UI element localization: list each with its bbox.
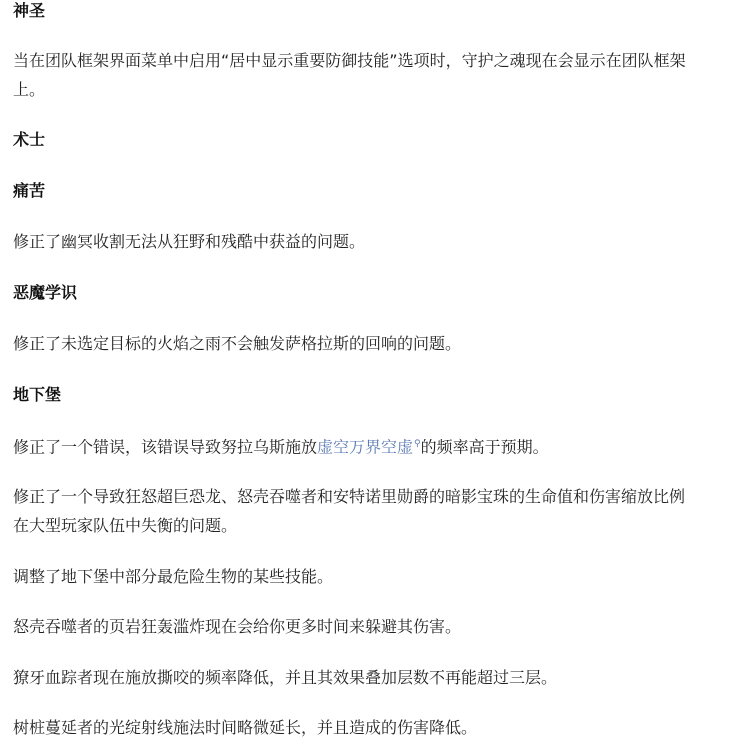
spell-link-void-emptiness[interactable]: 虚空万界空虚 — [317, 437, 413, 456]
section-heading-delves: 地下堡 — [13, 385, 699, 405]
paragraph-holy-note: 当在团队框架界面菜单中启用“居中显示重要防御技能”选项时，守护之魂现在会显示在团… — [13, 46, 699, 104]
paragraph-delves-nulaus: 修正了一个错误，该错误导致努拉乌斯施放虚空万界空虚⚲的频率高于预期。 — [13, 430, 699, 461]
paragraph-delves-abilities: 调整了地下堡中部分最危险生物的某些技能。 — [13, 562, 699, 591]
section-heading-demonology: 恶魔学识 — [13, 283, 699, 303]
section-heading-warlock: 术士 — [13, 130, 699, 150]
paragraph-delves-beam: 树桩蔓延者的光绽射线施法时间略微延长，并且造成的伤害降低。 — [13, 713, 699, 742]
paragraph-text-before: 修正了一个错误，该错误导致努拉乌斯施放 — [13, 437, 317, 456]
section-heading-affliction: 痛苦 — [13, 181, 699, 201]
paragraph-delves-bite: 獠牙血踪者现在施放撕咬的频率降低，并且其效果叠加层数不再能超过三层。 — [13, 663, 699, 692]
paragraph-text-after: 的频率高于预期。 — [421, 437, 549, 456]
paragraph-affliction-note: 修正了幽冥收割无法从狂野和残酷中获益的问题。 — [13, 227, 699, 256]
paragraph-delves-shale: 怒壳吞噬者的页岩狂轰滥炸现在会给你更多时间来躲避其伤害。 — [13, 612, 699, 641]
paragraph-delves-scaling: 修正了一个导致狂怒超巨恐龙、怒壳吞噬者和安特诺里勋爵的暗影宝珠的生命值和伤害缩放… — [13, 482, 699, 540]
search-icon[interactable]: ⚲ — [414, 439, 421, 449]
section-heading-holy: 神圣 — [13, 1, 699, 21]
paragraph-demonology-note: 修正了未选定目标的火焰之雨不会触发萨格拉斯的回响的问题。 — [13, 329, 699, 358]
